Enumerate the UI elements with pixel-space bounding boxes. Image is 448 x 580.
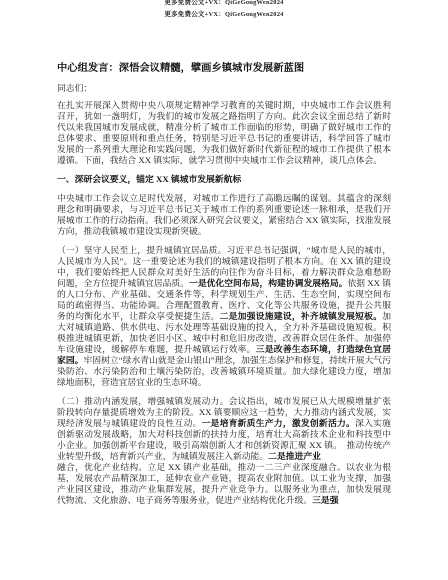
body-text: 中央城市工作会议立足时代发展，对城市工作进行了高瞻远瞩的谋划。其蕴含的深刻理念和… (57, 193, 391, 236)
paragraph: （二）推动内涵发展，增强城镇发展动力。会议指出，城市发展已从大规模增量扩张阶段转… (57, 396, 391, 506)
document-content: 中心组发言：深悟会议精髓，擘画乡镇城市发展新蓝图 同志们： 在扎实开展深入贯彻中… (0, 0, 448, 506)
salutation: 同志们： (57, 83, 391, 94)
emphasis-text: 一、深研会议要义，锚定 XX 镇城市发展新航标 (57, 174, 241, 184)
paragraph: 中央城市工作会议立足时代发展，对城市工作进行了高瞻远瞩的谋划。其蕴含的深刻理念和… (57, 193, 391, 237)
emphasis-text: 一是培育新质生产力，激发创新活力。 (202, 418, 356, 428)
watermark: 更多免费公文+VX：QiGeGongWen2024 更多免费公文+VX：QiGe… (0, 0, 448, 21)
page-title: 中心组发言：深悟会议精髓，擘画乡镇城市发展新蓝图 (57, 62, 391, 76)
body-text: 在扎实开展深入贯彻中央八项规定精神学习教育的关键时期，中央城市工作会议胜利召开，… (57, 100, 391, 165)
emphasis-text: 二是推进产业 (268, 451, 321, 461)
watermark-line-2: 更多免费公文+VX：QiGeGongWen2024 (0, 9, 448, 21)
body-text: 牢固树立“绿水青山就是金山银山”理念，加强生态保护和修复，持续开展大气污染防治、… (57, 355, 391, 387)
document-body: 在扎实开展深入贯彻中央八项规定精神学习教育的关键时期，中央城市工作会议胜利召开，… (57, 100, 391, 506)
emphasis-text: 二是加强设施建设，补齐城镇发展短板。 (220, 311, 383, 321)
emphasis-text: 一是优化空间布局，构建协调发展格局。 (189, 278, 347, 288)
paragraph: 在扎实开展深入贯彻中央八项规定精神学习教育的关键时期，中央城市工作会议胜利召开，… (57, 100, 391, 166)
watermark-line-1: 更多免费公文+VX：QiGeGongWen2024 (0, 0, 448, 9)
emphasis-text: 三是强 (312, 495, 338, 505)
section-heading: 一、深研会议要义，锚定 XX 镇城市发展新航标 (57, 174, 391, 185)
paragraph: （一）坚守人民至上，提升城镇宜居品质。习近平总书记强调，“城市是人民的城市，人民… (57, 245, 391, 388)
document-page: 更多免费公文+VX：QiGeGongWen2024 更多免费公文+VX：QiGe… (0, 0, 448, 580)
body-text: 融合，优化产业结构。立足 XX 镇产业基础，推动一二三产业深度融合。以农业为根基… (57, 462, 391, 505)
